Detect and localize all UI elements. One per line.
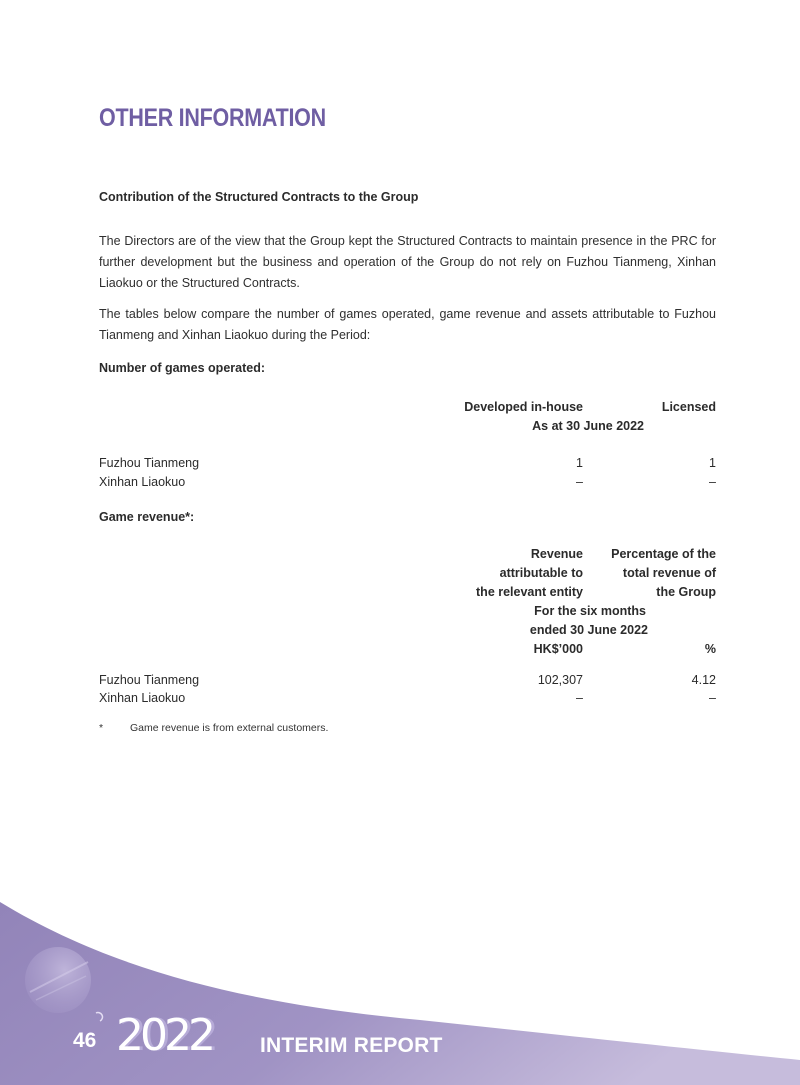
table-row: Xinhan Liaokuo – – bbox=[99, 475, 716, 494]
entity-name: Xinhan Liaokuo bbox=[99, 475, 185, 489]
games-table-heading: Number of games operated: bbox=[99, 361, 265, 375]
col-header-revenue-line3: the relevant entity bbox=[476, 583, 583, 602]
col-header-licensed: Licensed bbox=[662, 398, 716, 417]
period-header-line1: For the six months bbox=[534, 602, 646, 621]
entity-name: Fuzhou Tianmeng bbox=[99, 456, 199, 470]
footnote-text: Game revenue is from external customers. bbox=[130, 722, 328, 734]
page-number: 46 bbox=[73, 1029, 96, 1053]
revenue-value: – bbox=[576, 691, 583, 705]
intro-paragraph: The Directors are of the view that the G… bbox=[99, 231, 716, 294]
col-header-percentage-line3: the Group bbox=[656, 583, 716, 602]
developed-value: – bbox=[576, 475, 583, 489]
footnote-mark: * bbox=[99, 722, 103, 734]
period-header-line2: ended 30 June 2022 bbox=[530, 621, 648, 640]
col-header-percentage-line1: Percentage of the bbox=[611, 545, 716, 564]
period-header: As at 30 June 2022 bbox=[532, 417, 644, 436]
col-header-revenue-line1: Revenue bbox=[531, 545, 583, 564]
table-row: Xinhan Liaokuo – – bbox=[99, 691, 716, 710]
section-heading: Contribution of the Structured Contracts… bbox=[99, 190, 418, 204]
report-label: INTERIM REPORT bbox=[260, 1034, 442, 1058]
percentage-value: – bbox=[709, 691, 716, 705]
licensed-value: – bbox=[709, 475, 716, 489]
developed-value: 1 bbox=[576, 456, 583, 470]
table-row: Fuzhou Tianmeng 1 1 bbox=[99, 456, 716, 475]
col-header-percentage-line2: total revenue of bbox=[623, 564, 716, 583]
unit-revenue: HK$’000 bbox=[534, 640, 583, 659]
unit-percentage: % bbox=[705, 640, 716, 659]
percentage-value: 4.12 bbox=[692, 673, 716, 687]
table-row: Fuzhou Tianmeng 102,307 4.12 bbox=[99, 673, 716, 692]
entity-name: Fuzhou Tianmeng bbox=[99, 673, 199, 687]
col-header-developed: Developed in-house bbox=[464, 398, 583, 417]
year-logo: 2022 bbox=[116, 1010, 212, 1061]
licensed-value: 1 bbox=[709, 456, 716, 470]
entity-name: Xinhan Liaokuo bbox=[99, 691, 185, 705]
revenue-value: 102,307 bbox=[538, 673, 583, 687]
revenue-table-heading: Game revenue*: bbox=[99, 510, 194, 524]
tables-intro-paragraph: The tables below compare the number of g… bbox=[99, 304, 716, 346]
col-header-revenue-line2: attributable to bbox=[500, 564, 583, 583]
page-title: OTHER INFORMATION bbox=[99, 104, 326, 133]
